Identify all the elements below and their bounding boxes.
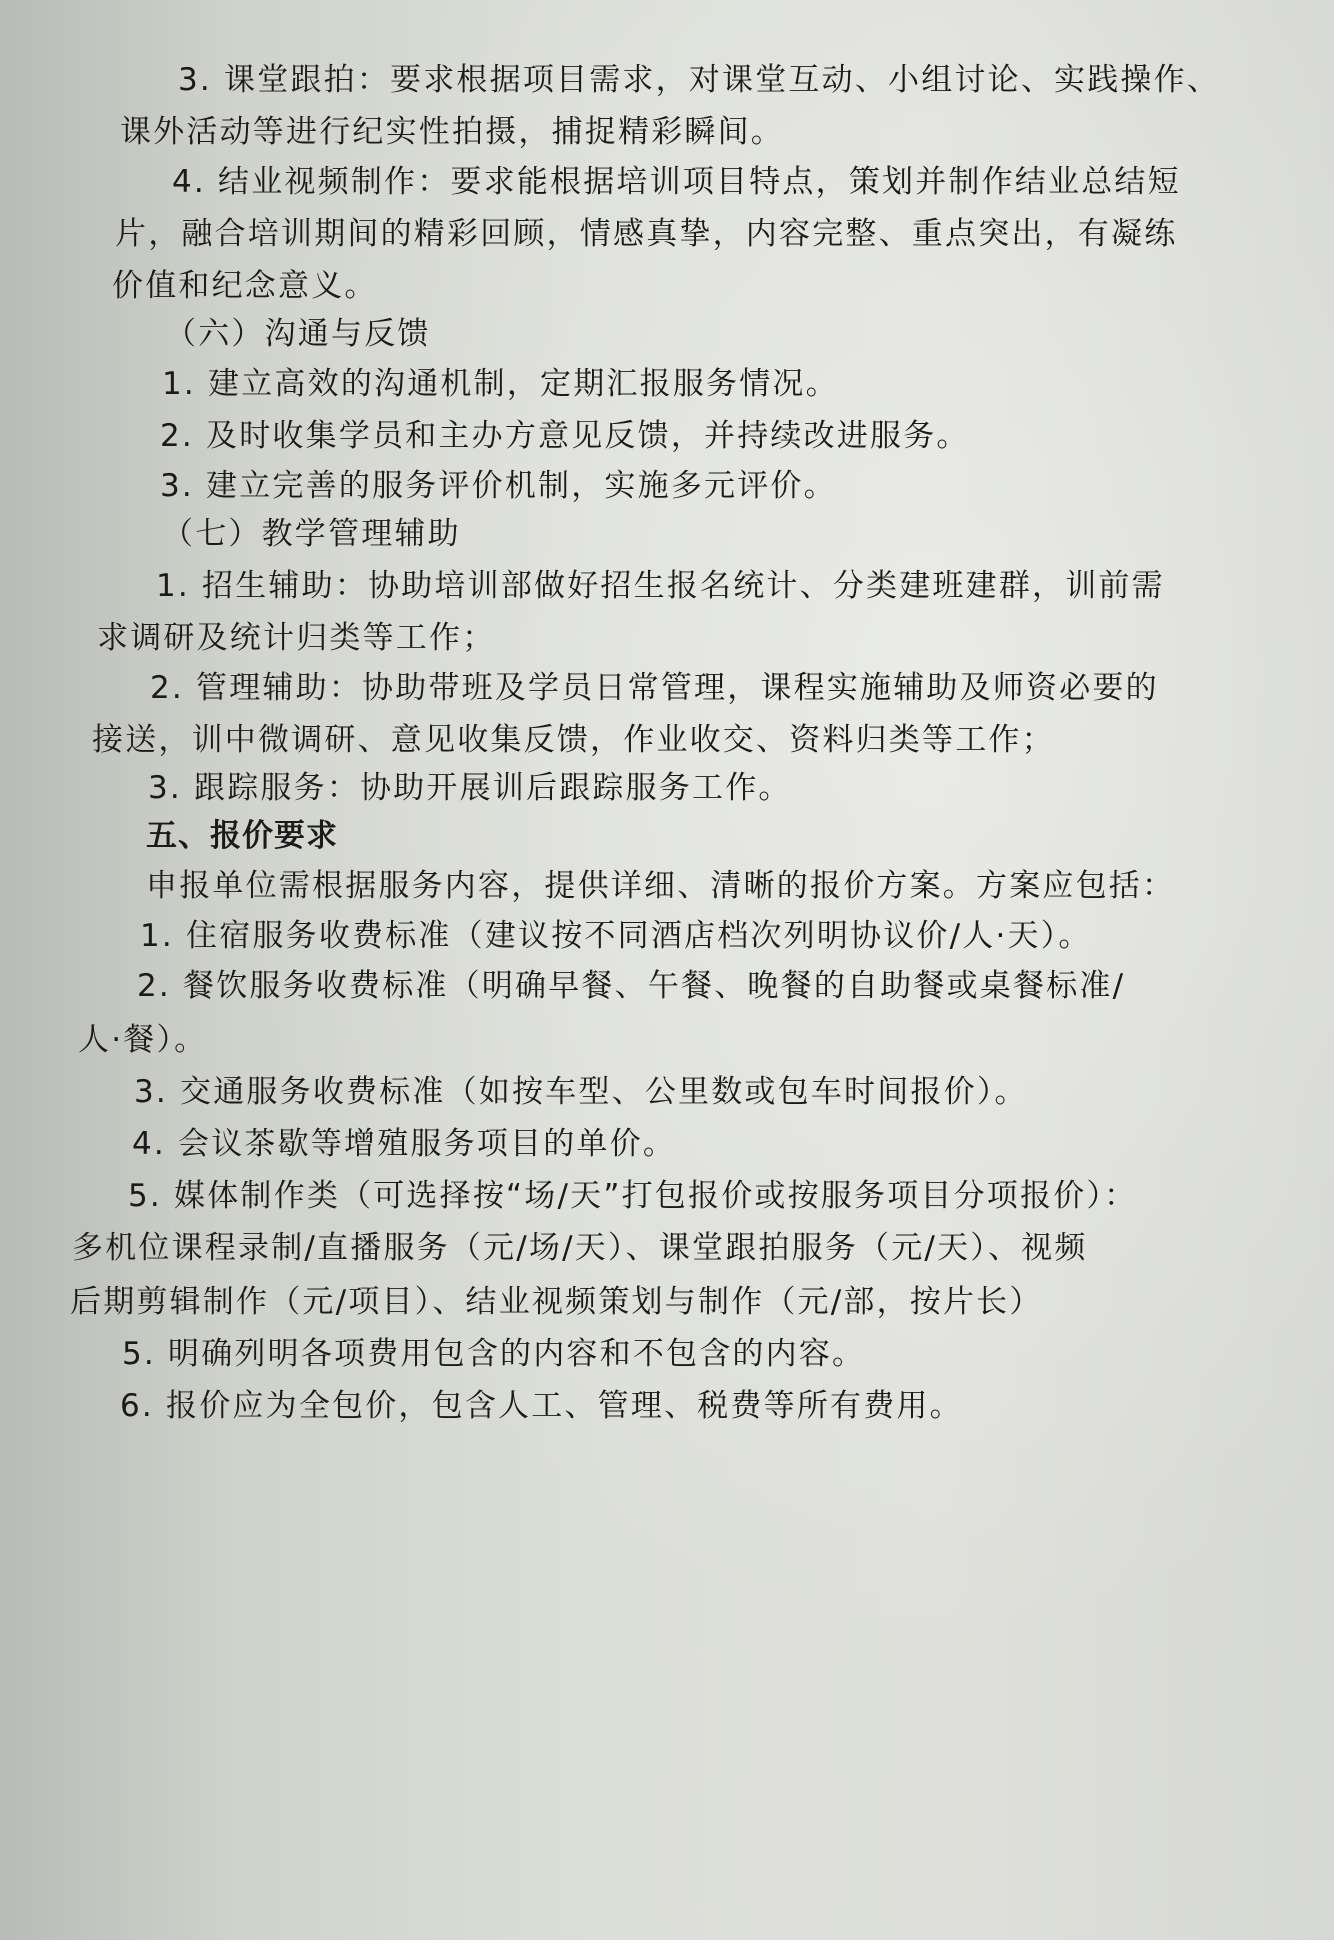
list-item-tea-break: 4. 会议茶歇等增殖服务项目的单价。 — [132, 1124, 676, 1164]
list-item-graduation-video-cont1: 片，融合培训期间的精彩回顾，情感真挚，内容完整、重点突出，有凝练 — [115, 214, 1177, 254]
list-item-communication-2: 2. 及时收集学员和主办方意见反馈，并持续改进服务。 — [160, 416, 970, 456]
list-item-accommodation: 1. 住宿服务收费标准（建议按不同酒店档次列明协议价/人·天）。 — [140, 916, 1092, 956]
list-item-enrollment-cont: 求调研及统计归类等工作； — [97, 618, 495, 658]
section-heading-quotation: 五、报价要求 — [146, 816, 338, 856]
list-item-graduation-video-cont2: 价值和纪念意义。 — [112, 266, 378, 306]
list-item-communication-1: 1. 建立高效的沟通机制，定期汇报服务情况。 — [162, 364, 839, 404]
list-item-all-inclusive: 6. 报价应为全包价，包含人工、管理、税费等所有费用。 — [120, 1386, 963, 1426]
list-item-fee-inclusions: 5. 明确列明各项费用包含的内容和不包含的内容。 — [122, 1334, 865, 1374]
list-item-media-production: 5. 媒体制作类（可选择按“场/天”打包报价或按服务项目分项报价）： — [128, 1176, 1137, 1216]
list-item-management-cont: 接送，训中微调研、意见收集反馈，作业收交、资料归类等工作； — [92, 720, 1055, 760]
list-item-media-production-cont1: 多机位课程录制/直播服务（元/场/天）、课堂跟拍服务（元/天）、视频 — [72, 1228, 1088, 1268]
list-item-catering: 2. 餐饮服务收费标准（明确早餐、午餐、晚餐的自助餐或桌餐标准/ — [137, 966, 1125, 1006]
list-item-transport: 3. 交通服务收费标准（如按车型、公里数或包车时间报价）。 — [134, 1072, 1028, 1112]
list-item-catering-cont: 人·餐）。 — [78, 1020, 207, 1060]
list-item-media-production-cont2: 后期剪辑制作（元/项目）、结业视频策划与制作（元/部，按片长） — [70, 1282, 1043, 1322]
list-item-management: 2. 管理辅助：协助带班及学员日常管理，课程实施辅助及师资必要的 — [150, 668, 1159, 708]
list-item-graduation-video: 4. 结业视频制作：要求能根据培训项目特点，策划并制作结业总结短 — [172, 162, 1181, 202]
section-heading-communication: （六）沟通与反馈 — [165, 314, 431, 354]
list-item-enrollment: 1. 招生辅助：协助培训部做好招生报名统计、分类建班建群，训前需 — [156, 566, 1165, 606]
list-item-classroom-filming: 3. 课堂跟拍：要求根据项目需求，对课堂互动、小组讨论、实践操作、 — [178, 60, 1220, 100]
list-item-tracking: 3. 跟踪服务：协助开展训后跟踪服务工作。 — [148, 768, 792, 808]
list-item-classroom-filming-cont: 课外活动等进行纪实性拍摄，捕捉精彩瞬间。 — [120, 112, 784, 152]
list-item-communication-3: 3. 建立完善的服务评价机制，实施多元评价。 — [160, 466, 837, 506]
document-page: 3. 课堂跟拍：要求根据项目需求，对课堂互动、小组讨论、实践操作、 课外活动等进… — [0, 0, 1334, 1940]
section-heading-teaching-management: （七）教学管理辅助 — [162, 514, 461, 554]
paragraph-quotation-intro: 申报单位需根据服务内容，提供详细、清晰的报价方案。方案应包括： — [146, 866, 1175, 906]
